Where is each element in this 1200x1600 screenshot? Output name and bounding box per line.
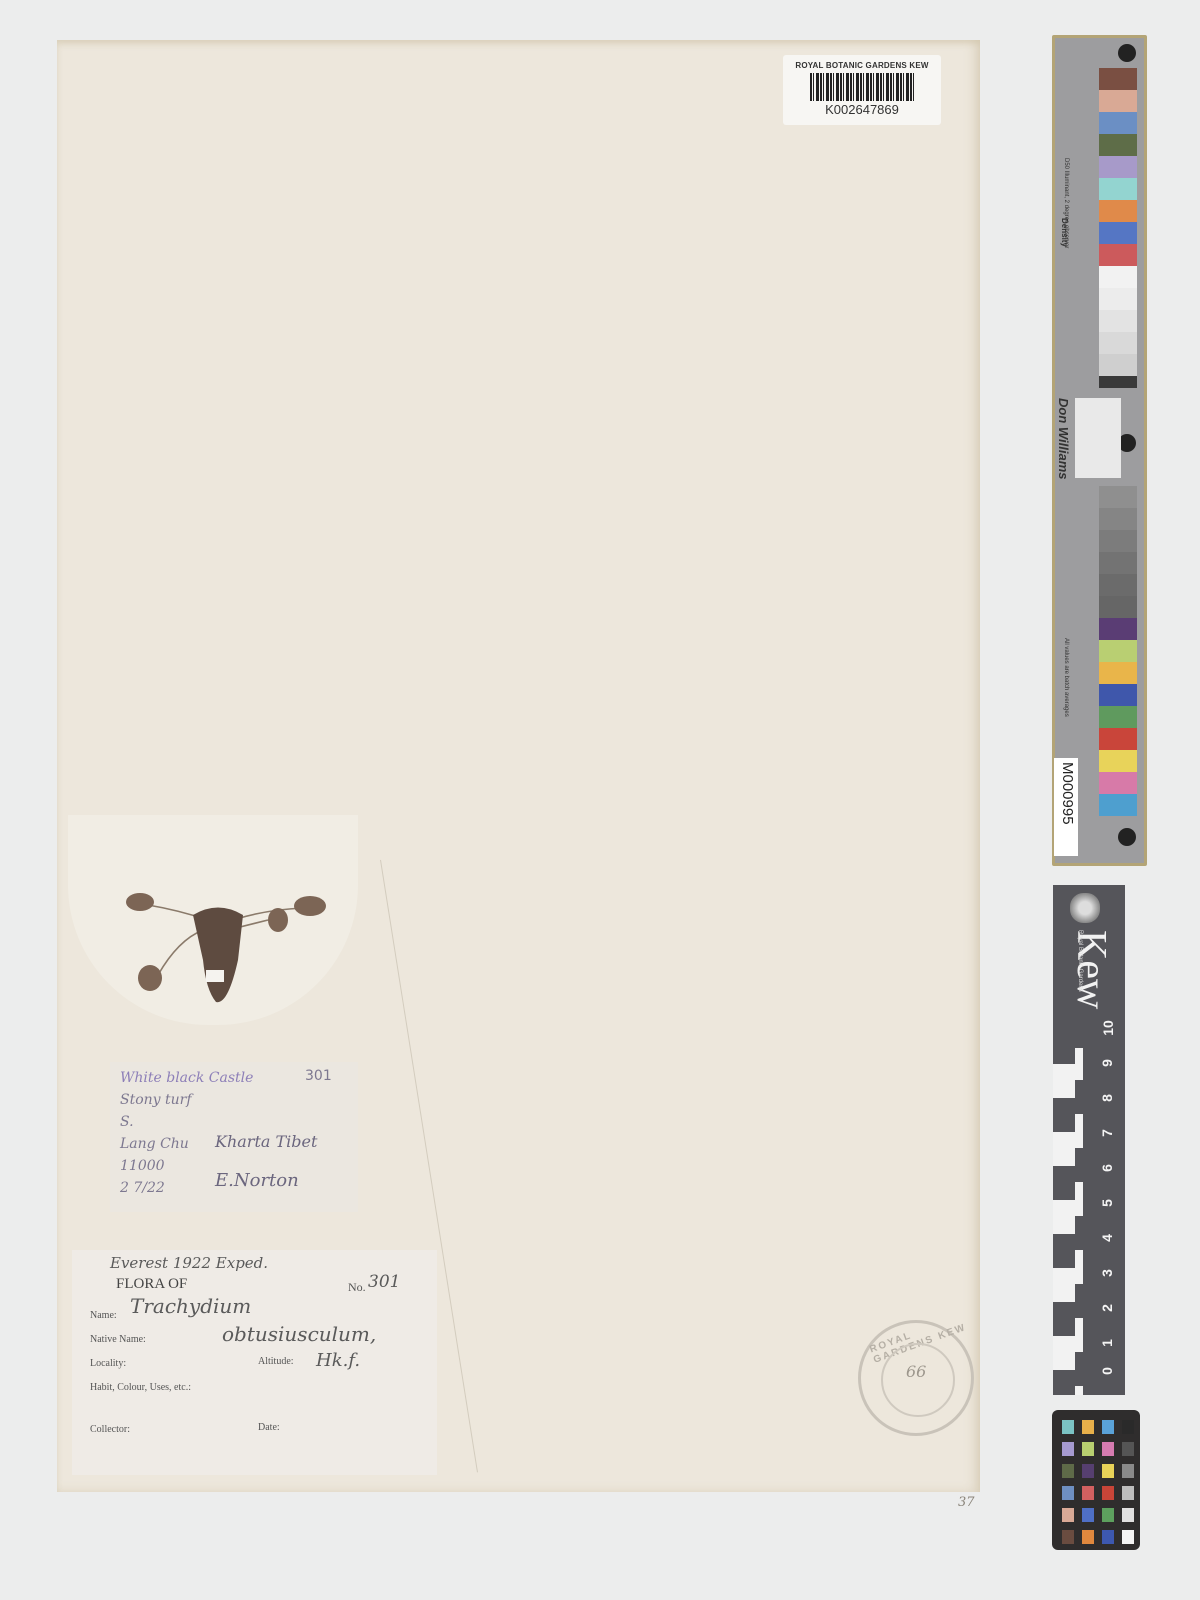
color-patch bbox=[1099, 640, 1137, 662]
strip-id: M000995 bbox=[1059, 762, 1076, 825]
number-label: No. bbox=[348, 1280, 366, 1295]
checker-patch bbox=[1082, 1508, 1094, 1522]
field-note-line: Lang Chu bbox=[120, 1136, 189, 1152]
altitude-label: Altitude: bbox=[258, 1356, 294, 1367]
checker-patch bbox=[1122, 1530, 1134, 1544]
color-patch bbox=[1099, 662, 1137, 684]
scale-digit: 0 bbox=[1099, 1367, 1115, 1375]
checker-patch bbox=[1102, 1508, 1114, 1522]
field-date: 2 7/22 bbox=[120, 1180, 165, 1196]
checker-patch bbox=[1082, 1486, 1094, 1500]
gray-patch bbox=[1099, 288, 1137, 310]
checker-patch bbox=[1062, 1486, 1074, 1500]
checker-patch bbox=[1082, 1530, 1094, 1544]
kew-logo: Kew bbox=[1067, 930, 1115, 1009]
checker-patch bbox=[1062, 1530, 1074, 1544]
color-patch bbox=[1099, 706, 1137, 728]
scale-digit: 9 bbox=[1099, 1059, 1115, 1067]
color-patch bbox=[1099, 728, 1137, 750]
color-patch bbox=[1099, 68, 1137, 90]
checker-patch bbox=[1122, 1464, 1134, 1478]
gray-patch bbox=[1099, 552, 1137, 574]
checker-patch bbox=[1122, 1486, 1134, 1500]
color-patch bbox=[1099, 222, 1137, 244]
number-value: 301 bbox=[368, 1272, 400, 1292]
checker-patch bbox=[1082, 1420, 1094, 1434]
color-patch bbox=[1099, 90, 1137, 112]
checker-patch bbox=[1062, 1508, 1074, 1522]
taxon-author: Hk.f. bbox=[316, 1350, 360, 1371]
field-collection-label: White black Castle 301 Stony turf S. Lan… bbox=[110, 1062, 358, 1212]
gray-patch bbox=[1099, 376, 1137, 388]
checker-patch bbox=[1102, 1420, 1114, 1434]
scale-digit: 2 bbox=[1099, 1304, 1115, 1312]
color-calibration-strip: inches D50 Illuminant, 2 degree observer… bbox=[1052, 35, 1147, 866]
field-number: 301 bbox=[305, 1068, 332, 1084]
color-patch bbox=[1099, 684, 1137, 706]
field-altitude: 11000 bbox=[120, 1158, 165, 1174]
checker-patch bbox=[1082, 1464, 1094, 1478]
kew-scale-bar: Kew Royal Botanic Gardens 10 9 8 7 6 5 4… bbox=[1053, 885, 1125, 1395]
footnote: All values are batch averages bbox=[1063, 638, 1069, 717]
gray-patch bbox=[1099, 486, 1137, 508]
taxon-epithet: obtusiusculum, bbox=[222, 1322, 376, 1346]
expedition-note: Everest 1922 Exped. bbox=[110, 1254, 268, 1272]
field-note-line: Stony turf bbox=[120, 1092, 192, 1108]
strip-hole bbox=[1118, 44, 1136, 62]
native-name-label: Native Name: bbox=[90, 1334, 146, 1345]
checker-patch bbox=[1062, 1464, 1074, 1478]
color-patch bbox=[1099, 750, 1137, 772]
checker-patch bbox=[1082, 1442, 1094, 1456]
field-note-line: S. bbox=[120, 1114, 134, 1130]
habit-label: Habit, Colour, Uses, etc.: bbox=[90, 1382, 191, 1393]
label-heading: FLORA OF bbox=[116, 1276, 187, 1293]
name-label: Name: bbox=[90, 1310, 117, 1321]
printed-determination-label: Everest 1922 Exped. FLORA OF No. 301 Nam… bbox=[72, 1250, 437, 1475]
density-label: Density bbox=[1060, 218, 1069, 247]
brand-name: Don Williams bbox=[1056, 398, 1071, 480]
gray-patch bbox=[1099, 508, 1137, 530]
gray-patch bbox=[1099, 354, 1137, 376]
color-patch bbox=[1099, 112, 1137, 134]
plant-specimen bbox=[118, 890, 328, 1010]
checker-patch bbox=[1102, 1486, 1114, 1500]
barcode-label: ROYAL BOTANIC GARDENS KEW K002647869 bbox=[783, 55, 941, 125]
strip-id-label: M000995 bbox=[1054, 758, 1078, 856]
gray-patch bbox=[1099, 310, 1137, 332]
kew-subtitle: Royal Botanic Gardens bbox=[1077, 930, 1083, 992]
scale-digit: 1 bbox=[1099, 1339, 1115, 1347]
sheet-number: 37 bbox=[958, 1495, 975, 1510]
checker-patch bbox=[1122, 1508, 1134, 1522]
scale-digit: 10 bbox=[1100, 1020, 1116, 1036]
gray-patch bbox=[1099, 530, 1137, 552]
checker-patch bbox=[1102, 1442, 1114, 1456]
checker-patch bbox=[1122, 1442, 1134, 1456]
checker-patch bbox=[1102, 1464, 1114, 1478]
target-insert bbox=[1075, 398, 1121, 478]
taxon-genus: Trachydium bbox=[130, 1294, 251, 1318]
kew-crest-icon bbox=[1070, 893, 1100, 923]
color-patch bbox=[1099, 772, 1137, 794]
scale-digit: 8 bbox=[1099, 1094, 1115, 1102]
stamp-number: 66 bbox=[906, 1362, 926, 1381]
date-label: Date: bbox=[258, 1422, 280, 1433]
collector-label: Collector: bbox=[90, 1424, 130, 1435]
scale-digit: 6 bbox=[1099, 1164, 1115, 1172]
color-patch bbox=[1099, 156, 1137, 178]
gray-patch bbox=[1099, 596, 1137, 618]
scale-digit: 4 bbox=[1099, 1234, 1115, 1242]
gray-patch bbox=[1099, 574, 1137, 596]
color-patch bbox=[1099, 618, 1137, 640]
locality-label: Locality: bbox=[90, 1358, 126, 1369]
color-patch bbox=[1099, 134, 1137, 156]
color-patch bbox=[1099, 178, 1137, 200]
checker-patch bbox=[1062, 1442, 1074, 1456]
checker-patch bbox=[1102, 1530, 1114, 1544]
strip-hole bbox=[1118, 828, 1136, 846]
checker-patch bbox=[1122, 1420, 1134, 1434]
gray-patch bbox=[1099, 332, 1137, 354]
barcode-bars bbox=[810, 73, 914, 101]
institution-name: ROYAL BOTANIC GARDENS KEW bbox=[783, 61, 941, 70]
barcode-number: K002647869 bbox=[783, 102, 941, 117]
color-patch bbox=[1099, 794, 1137, 816]
color-patch bbox=[1099, 244, 1137, 266]
color-patch bbox=[1099, 200, 1137, 222]
field-note-line: White black Castle bbox=[120, 1070, 253, 1086]
checker-patch bbox=[1062, 1420, 1074, 1434]
scale-digit: 3 bbox=[1099, 1269, 1115, 1277]
collector-signature: E.Norton bbox=[215, 1170, 299, 1191]
color-checker-card bbox=[1052, 1410, 1140, 1550]
scale-digit: 7 bbox=[1099, 1129, 1115, 1137]
scale-digit: 5 bbox=[1099, 1199, 1115, 1207]
gray-patch bbox=[1099, 266, 1137, 288]
cm-scale-ruler bbox=[1053, 1030, 1083, 1395]
field-locality: Kharta Tibet bbox=[215, 1132, 317, 1151]
